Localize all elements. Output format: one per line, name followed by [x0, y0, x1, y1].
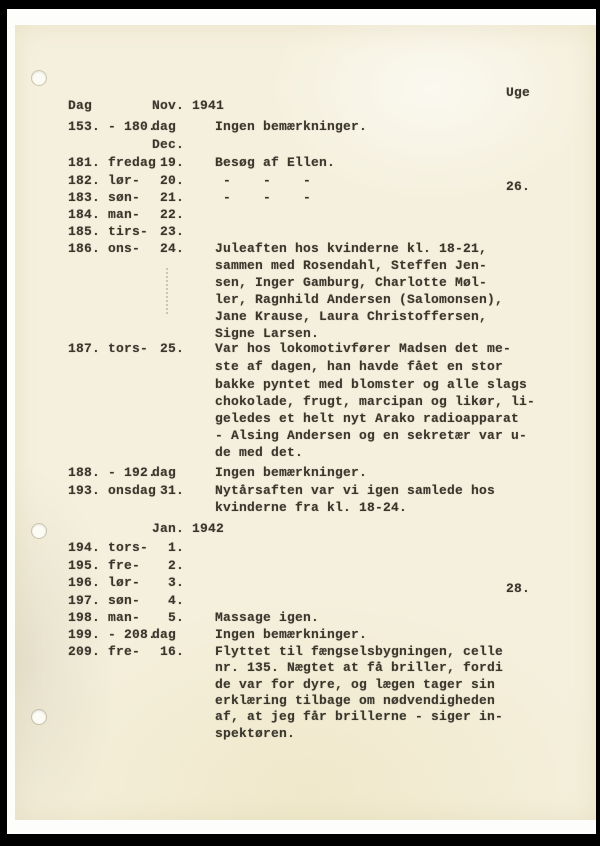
- date-cell: 16.: [148, 644, 184, 659]
- diary-line: 186. ons- 24. Juleaften hos kvinderne kl…: [0, 241, 600, 259]
- entry-number: 193. onsdag: [68, 483, 156, 498]
- diary-line: 198. man- 5. Massage igen.: [0, 610, 600, 628]
- entry-number: 186. ons-: [68, 241, 140, 256]
- diary-line: ste af dagen, han havde fået en stor: [0, 359, 600, 377]
- diary-line: 182. lør- 20. - - - 26.: [0, 173, 600, 191]
- diary-line: af, at jeg får brillerne - siger in-: [0, 709, 600, 727]
- date-cell: 25.: [148, 341, 184, 356]
- remark-text: - Alsing Andersen og en sekretær var u-: [215, 428, 527, 443]
- ditto-marks: - - -: [215, 173, 311, 188]
- remark-text: Var hos lokomotivfører Madsen det me-: [215, 341, 511, 356]
- column-header-day: Dag: [68, 98, 92, 113]
- date-cell: 5.: [148, 610, 184, 625]
- remark-text: sammen med Rosendahl, Steffen Jen-: [215, 258, 487, 273]
- entry-number: 196. lør-: [68, 575, 140, 590]
- typewritten-content: Dag Nov. 1941 Uge 153. - 180. dag Ingen …: [0, 0, 600, 846]
- diary-line: nr. 135. Nægtet at få briller, fordi: [0, 660, 600, 678]
- date-cell: 20.: [148, 173, 184, 188]
- day-label: dag: [152, 627, 176, 642]
- diary-line: 183. søn- 21. - - -: [0, 190, 600, 208]
- entry-number: 185. tirs-: [68, 224, 148, 239]
- remark-text: ste af dagen, han havde fået en stor: [215, 359, 503, 374]
- date-cell: 31.: [148, 483, 184, 498]
- date-cell: 1.: [148, 540, 184, 555]
- date-cell: 4.: [148, 593, 184, 608]
- date-cell: 22.: [148, 207, 184, 222]
- entry-number: 188. - 192.: [68, 465, 156, 480]
- remark-text: kvinderne fra kl. 18-24.: [215, 500, 407, 515]
- diary-line: sen, Inger Gamburg, Charlotte Møl-: [0, 275, 600, 293]
- remark-text: Massage igen.: [215, 610, 319, 625]
- entry-number: 194. tors-: [68, 540, 148, 555]
- remark-text: geledes et helt nyt Arako radioapparat: [215, 411, 519, 426]
- remark-text: Juleaften hos kvinderne kl. 18-21,: [215, 241, 487, 256]
- diary-line: 188. - 192. dag Ingen bemærkninger.: [0, 465, 600, 483]
- entry-number: 181. fredag: [68, 155, 156, 170]
- diary-line: - Alsing Andersen og en sekretær var u-: [0, 428, 600, 446]
- remark-text: Signe Larsen.: [215, 326, 319, 341]
- remark-text: Besøg af Ellen.: [215, 155, 335, 170]
- remark-text: spektøren.: [215, 726, 295, 741]
- diary-line: sammen med Rosendahl, Steffen Jen-: [0, 258, 600, 276]
- diary-line: ler, Ragnhild Andersen (Salomonsen),: [0, 292, 600, 310]
- remark-text: de var for dyre, og lægen tager sin: [215, 677, 495, 692]
- remark-text: af, at jeg får brillerne - siger in-: [215, 709, 503, 724]
- diary-line: 199. - 208. dag Ingen bemærkninger.: [0, 627, 600, 645]
- diary-line: 194. tors- 1.: [0, 540, 600, 558]
- diary-line: chokolade, frugt, marcipan og likør, li-: [0, 394, 600, 412]
- diary-line: Jan. 1942: [0, 521, 600, 539]
- entry-number: 198. man-: [68, 610, 140, 625]
- remark-text: chokolade, frugt, marcipan og likør, li-: [215, 394, 535, 409]
- remark-text: bakke pyntet med blomster og alle slags: [215, 377, 527, 392]
- diary-line: bakke pyntet med blomster og alle slags: [0, 377, 600, 395]
- diary-line: Jane Krause, Laura Christoffersen,: [0, 309, 600, 327]
- diary-line: 197. søn- 4.: [0, 593, 600, 611]
- entry-number: 195. fre-: [68, 558, 140, 573]
- diary-line: de med det.: [0, 445, 600, 463]
- diary-line: 185. tirs- 23.: [0, 224, 600, 242]
- entry-number: 187. tors-: [68, 341, 148, 356]
- month-header-jan-1942: Jan. 1942: [152, 521, 224, 536]
- remark-text: erklæring tilbage om nødvendigheden: [215, 693, 495, 708]
- date-cell: 3.: [148, 575, 184, 590]
- month-header-dec: Dec.: [152, 137, 184, 152]
- remark-text: Nytårsaften var vi igen samlede hos: [215, 483, 495, 498]
- date-cell: 19.: [148, 155, 184, 170]
- remark-text: de med det.: [215, 445, 303, 460]
- date-cell: 23.: [148, 224, 184, 239]
- remark-text: Ingen bemærkninger.: [215, 465, 367, 480]
- diary-line: geledes et helt nyt Arako radioapparat: [0, 411, 600, 429]
- ditto-marks: - - -: [215, 190, 311, 205]
- remark-text: Jane Krause, Laura Christoffersen,: [215, 309, 487, 324]
- entry-number: 209. fre-: [68, 644, 140, 659]
- diary-line: 196. lør- 3. 28.: [0, 575, 600, 593]
- diary-line: 195. fre- 2.: [0, 558, 600, 576]
- entry-number: 197. søn-: [68, 593, 140, 608]
- remark-text: nr. 135. Nægtet at få briller, fordi: [215, 660, 503, 675]
- date-cell: 2.: [148, 558, 184, 573]
- entry-number: 184. man-: [68, 207, 140, 222]
- column-header-week: Uge: [506, 85, 530, 100]
- remark-text: ler, Ragnhild Andersen (Salomonsen),: [215, 292, 503, 307]
- diary-line: 153. - 180. dag Ingen bemærkninger.: [0, 119, 600, 137]
- diary-line: 187. tors- 25. Var hos lokomotivfører Ma…: [0, 341, 600, 359]
- diary-line: 193. onsdag 31. Nytårsaften var vi igen …: [0, 483, 600, 501]
- entry-number: 183. søn-: [68, 190, 140, 205]
- day-label: dag: [152, 119, 176, 134]
- diary-header-line: Dag Nov. 1941 Uge: [0, 98, 600, 116]
- month-header-nov-1941: Nov. 1941: [152, 98, 224, 113]
- diary-line: spektøren.: [0, 726, 600, 744]
- scanned-document-page: Dag Nov. 1941 Uge 153. - 180. dag Ingen …: [0, 0, 600, 846]
- entry-number: 182. lør-: [68, 173, 140, 188]
- date-cell: 24.: [148, 241, 184, 256]
- diary-line: kvinderne fra kl. 18-24.: [0, 500, 600, 518]
- date-cell: 21.: [148, 190, 184, 205]
- remark-text: Ingen bemærkninger.: [215, 627, 367, 642]
- remark-text: sen, Inger Gamburg, Charlotte Møl-: [215, 275, 487, 290]
- entry-number: 199. - 208.: [68, 627, 156, 642]
- diary-line: Dec.: [0, 137, 600, 155]
- entry-number: 153. - 180.: [68, 119, 156, 134]
- diary-line: 181. fredag 19. Besøg af Ellen.: [0, 155, 600, 173]
- remark-text: Ingen bemærkninger.: [215, 119, 367, 134]
- remark-text: Flyttet til fængselsbygningen, celle: [215, 644, 503, 659]
- day-label: dag: [152, 465, 176, 480]
- diary-line: 184. man- 22.: [0, 207, 600, 225]
